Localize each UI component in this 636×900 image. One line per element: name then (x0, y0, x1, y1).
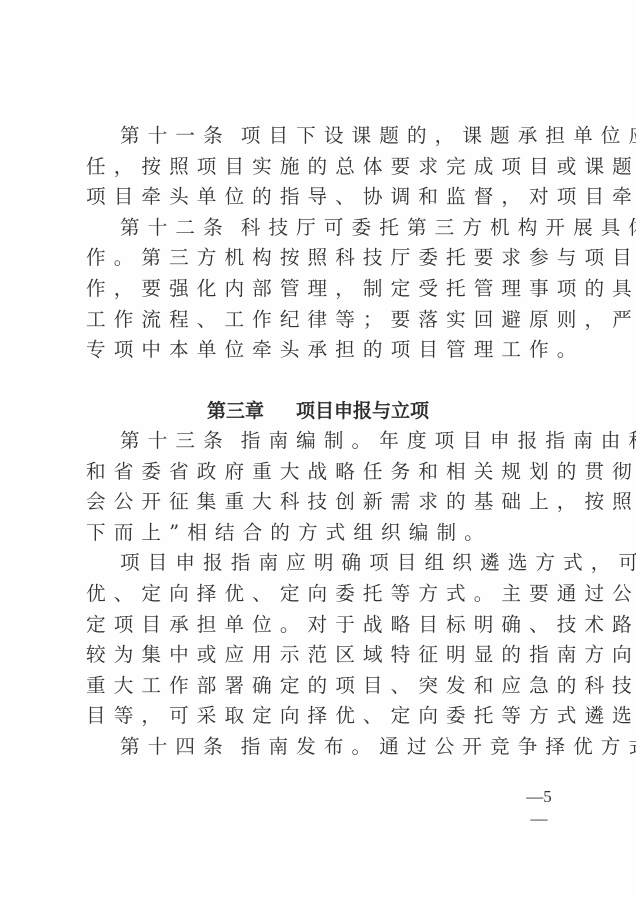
paragraph-line: 第十四条指南发布。通过公开竞争择优方式组织遴选的项 (86, 732, 558, 763)
paragraph-line: 项目申报指南应明确项目组织遴选方式，可采取公开竞争择 (86, 548, 558, 579)
article-number: 第十一条 (120, 124, 231, 147)
paragraph-line: 和省委省政府重大战略任务和相关规划的贯彻落实，在面向全社 (86, 457, 558, 488)
article-13: 第十三条指南编制。年度项目申报指南由科技厅围绕国家 和省委省政府重大战略任务和相… (86, 426, 558, 548)
paragraph-line: 目等，可采取定向择优、定向委托等方式遴选项目承担单位。 (86, 701, 558, 732)
paragraph-line: 工作流程、工作纪律等；要落实回避原则，严禁参与受委托管理 (86, 305, 558, 336)
paragraph-line: 任，按照项目实施的总体要求完成项目或课题任务目标，并接受 (86, 152, 558, 183)
page-number: —5— (520, 786, 558, 830)
article-number: 第十三条 (120, 429, 231, 452)
paragraph-line: 会公开征集重大科技创新需求的基础上，按照“自上而下”和“自 (86, 487, 558, 518)
article-number: 第十四条 (120, 735, 231, 758)
paragraph-line: 专项中本单位牵头承担的项目管理工作。 (86, 335, 558, 366)
section-a: 第十一条项目下设课题的，课题承担单位应强化法人责 任，按照项目实施的总体要求完成… (86, 121, 558, 366)
paragraph-line: 第十二条科技厅可委托第三方机构开展具体项目管理工 (86, 213, 558, 244)
article-12: 第十二条科技厅可委托第三方机构开展具体项目管理工 作。第三方机构按照科技厅委托要… (86, 213, 558, 366)
paragraph-line: 定项目承担单位。对于战略目标明确、技术路线清晰、优势单位 (86, 610, 558, 641)
paragraph-line: 第十三条指南编制。年度项目申报指南由科技厅围绕国家 (86, 426, 558, 457)
paragraph-line: 项目牵头单位的指导、协调和监督，对项目牵头单位负责。 (86, 182, 558, 213)
article-14: 第十四条指南发布。通过公开竞争择优方式组织遴选的项 (86, 732, 558, 763)
paragraph-line: 下而上”相结合的方式组织编制。 (86, 518, 558, 549)
paragraph-line: 第十一条项目下设课题的，课题承担单位应强化法人责 (86, 121, 558, 152)
chapter-title: 项目申报与立项 (296, 400, 429, 422)
paragraph-line: 优、定向择优、定向委托等方式。主要通过公开竞争择优方式确 (86, 579, 558, 610)
guideline-paragraph: 项目申报指南应明确项目组织遴选方式，可采取公开竞争择 优、定向择优、定向委托等方… (86, 548, 558, 732)
paragraph-line: 作。第三方机构按照科技厅委托要求参与项目具体管理服务工 (86, 243, 558, 274)
paragraph-line: 较为集中或应用示范区域特征明显的指南方向，或省委、省政府 (86, 640, 558, 671)
document-page: 第十一条项目下设课题的，课题承担单位应强化法人责 任，按照项目实施的总体要求完成… (0, 0, 636, 900)
paragraph-line: 作，要强化内部管理，制定受托管理事项的具体操作规范，明确 (86, 274, 558, 305)
paragraph-line: 重大工作部署确定的项目、突发和应急的科技需求项目、保密项 (86, 671, 558, 702)
article-11: 第十一条项目下设课题的，课题承担单位应强化法人责 任，按照项目实施的总体要求完成… (86, 121, 558, 213)
section-b: 第十三条指南编制。年度项目申报指南由科技厅围绕国家 和省委省政府重大战略任务和相… (86, 426, 558, 763)
chapter-number: 第三章 (207, 400, 264, 422)
article-number: 第十二条 (120, 216, 231, 239)
chapter-heading: 第三章项目申报与立项 (0, 396, 636, 426)
